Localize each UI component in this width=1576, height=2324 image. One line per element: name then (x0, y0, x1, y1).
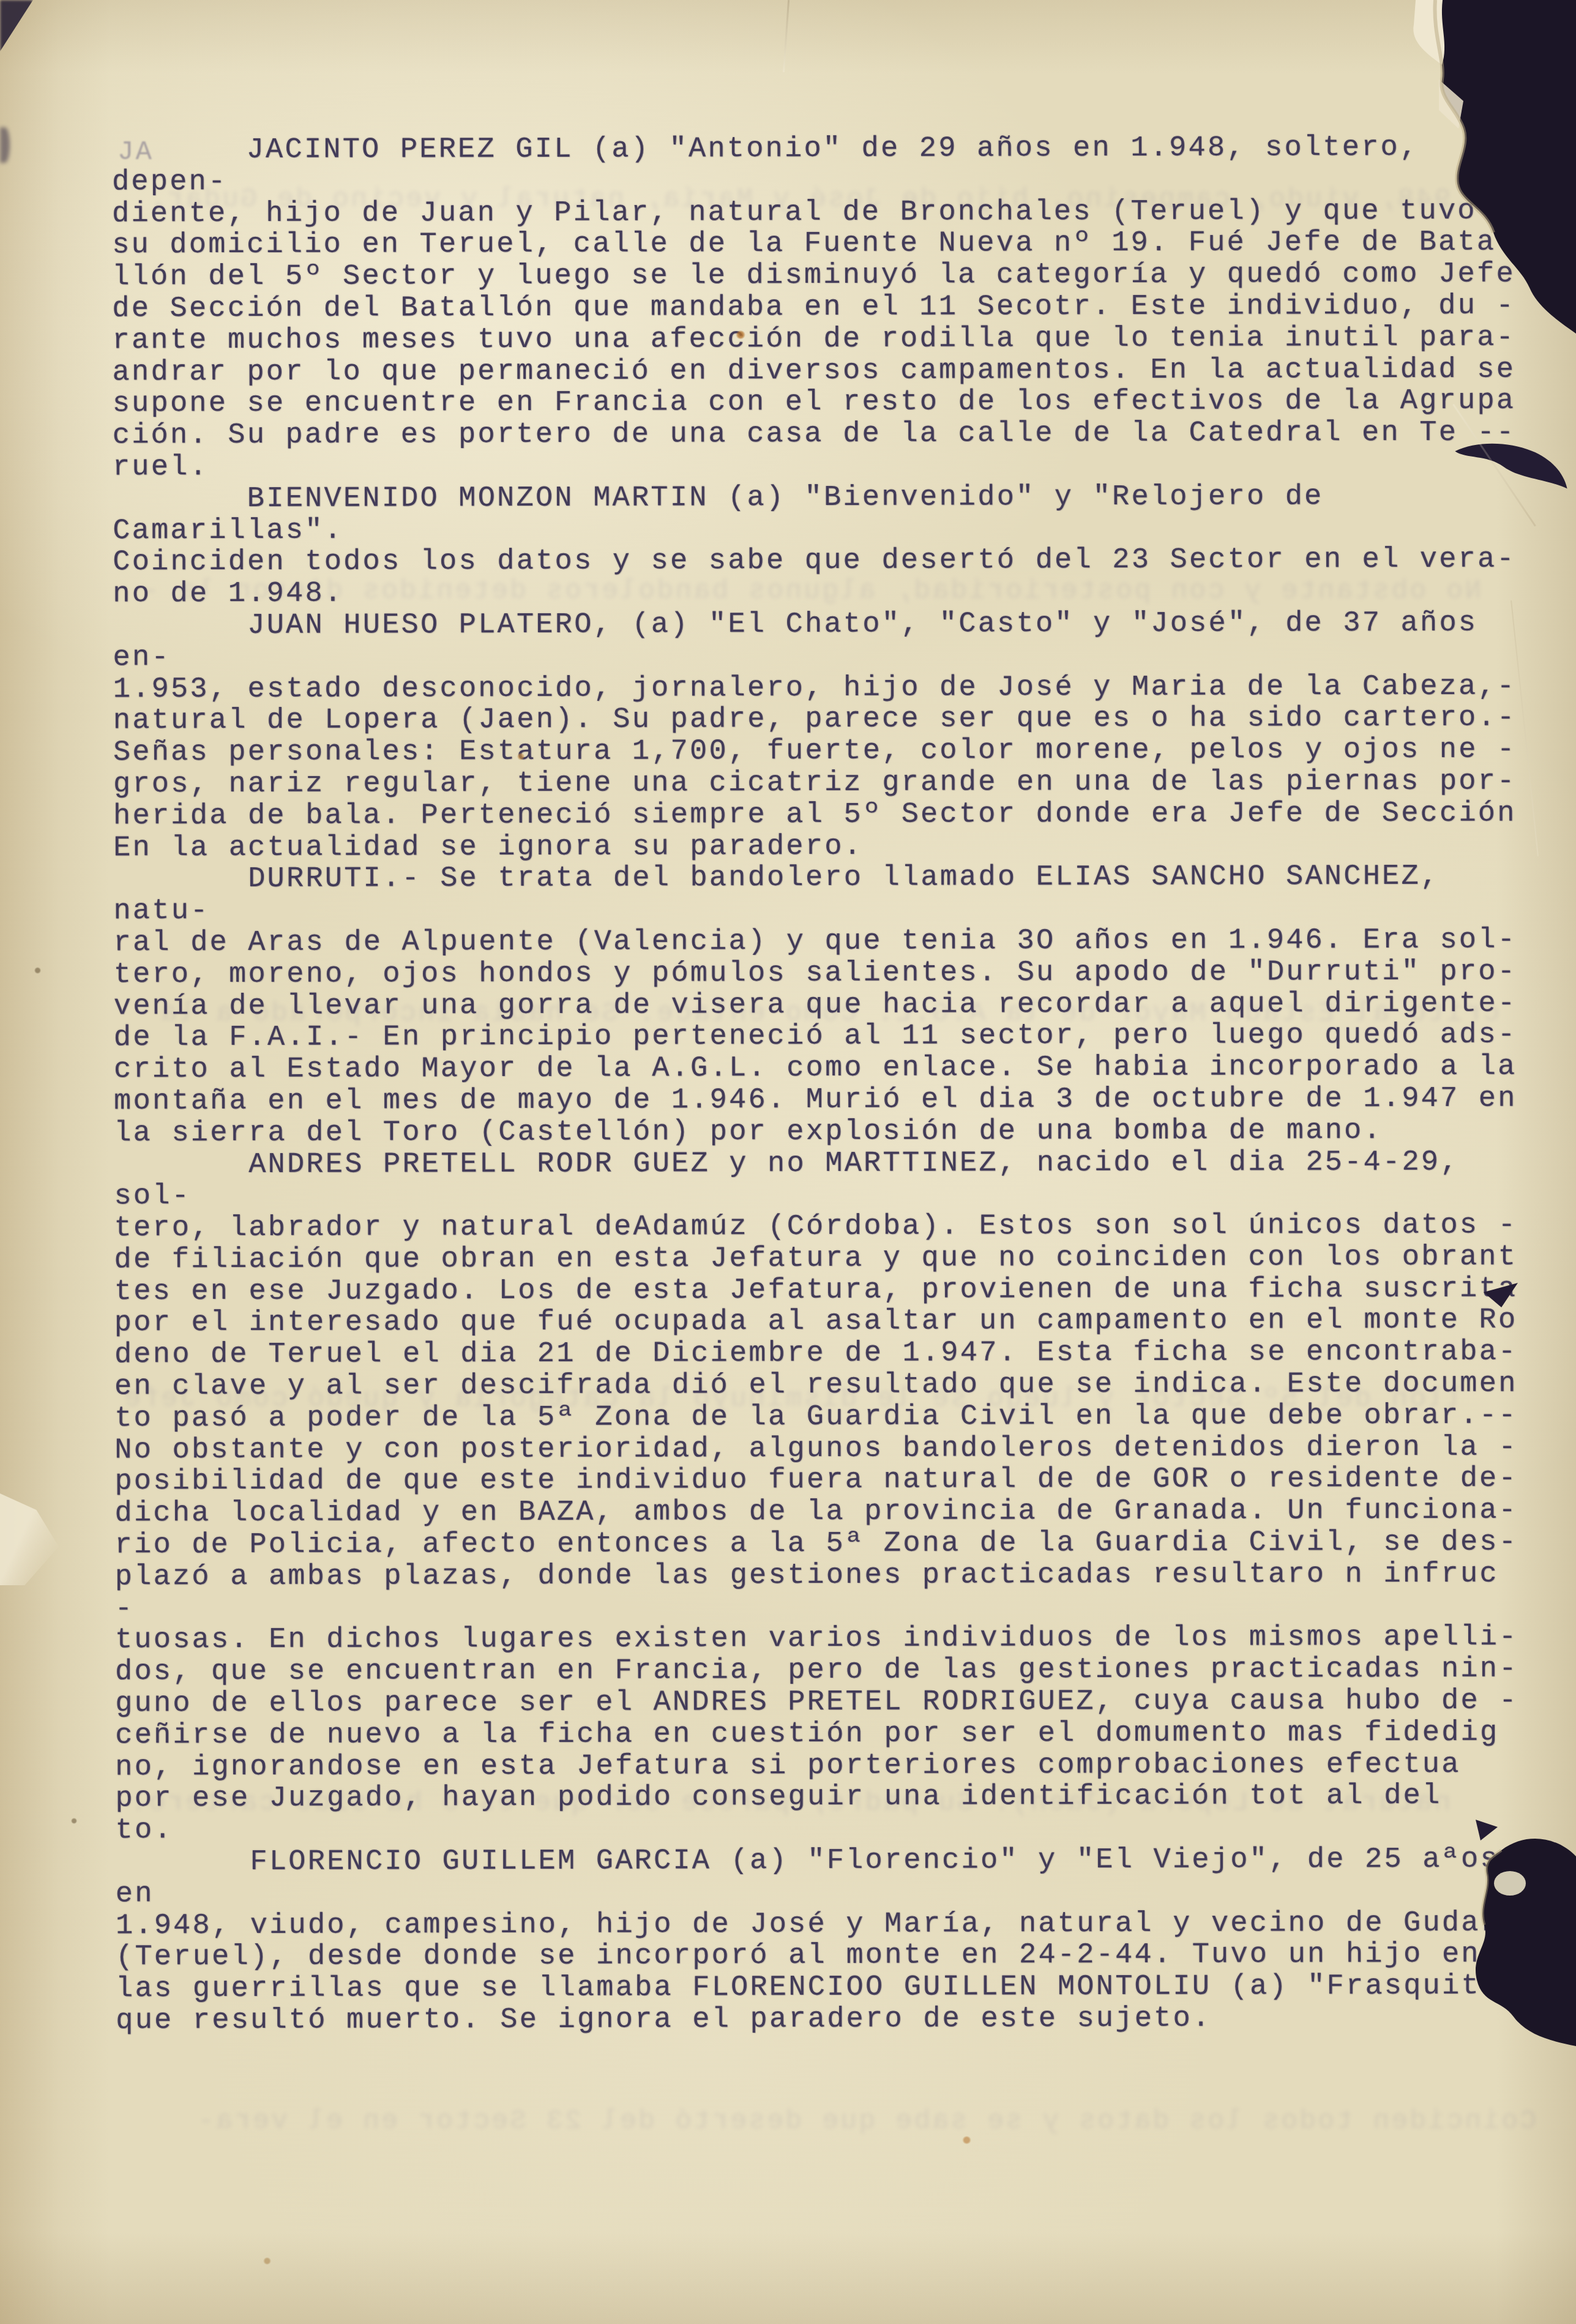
paragraph-juan-hueso-platero: JUAN HUESO PLATERO, (a) "El Chato", "Cas… (113, 608, 1533, 864)
paragraph-florencio-guillem: FLORENCIO GUILLEM GARCIA (a) "Florencio"… (116, 1844, 1536, 2038)
typed-text-body: JACINTO PEREZ GIL (a) "Antonio" de 29 añ… (112, 132, 1536, 2038)
stain-spot (517, 753, 525, 760)
torn-corner-ink-blot-svg (1319, 0, 1576, 404)
paragraph-bienvenido-monzon: BIENVENIDO MONZON MARTIN (a) "Bienvenido… (113, 480, 1533, 610)
bottom-right-ink-blot-svg (1417, 1778, 1576, 2072)
torn-corner-ink-blot (1319, 0, 1576, 404)
paragraph-durruti: DURRUTI.- Se trata del bandolero llamado… (113, 861, 1534, 1149)
stain-spot (962, 2136, 971, 2144)
paper-crease (783, 0, 790, 72)
margin-note: JA (118, 137, 154, 168)
scanned-document-page: 1.948, viudo, campesino, hijo de José y … (0, 0, 1576, 2324)
bottom-right-ink-blot (1417, 1778, 1576, 2072)
stain-spot (263, 2257, 271, 2265)
left-edge-tear (0, 1493, 59, 1585)
stain-spot (736, 331, 745, 339)
paragraph-andres-pretell: ANDRES PRETELL RODR GUEZ y no MARTTINEZ,… (114, 1146, 1535, 1847)
top-left-corner-shadow (0, 0, 33, 51)
ink-swoosh-blot-svg (1449, 421, 1576, 501)
ink-swoosh-blot (1449, 421, 1576, 501)
stain-spot (71, 1818, 77, 1824)
stain-spot (34, 967, 41, 974)
bleedthrough-ghost-line: Coinciden todos los datos y se sabe que … (196, 2105, 1536, 2137)
left-edge-nick (0, 127, 10, 163)
